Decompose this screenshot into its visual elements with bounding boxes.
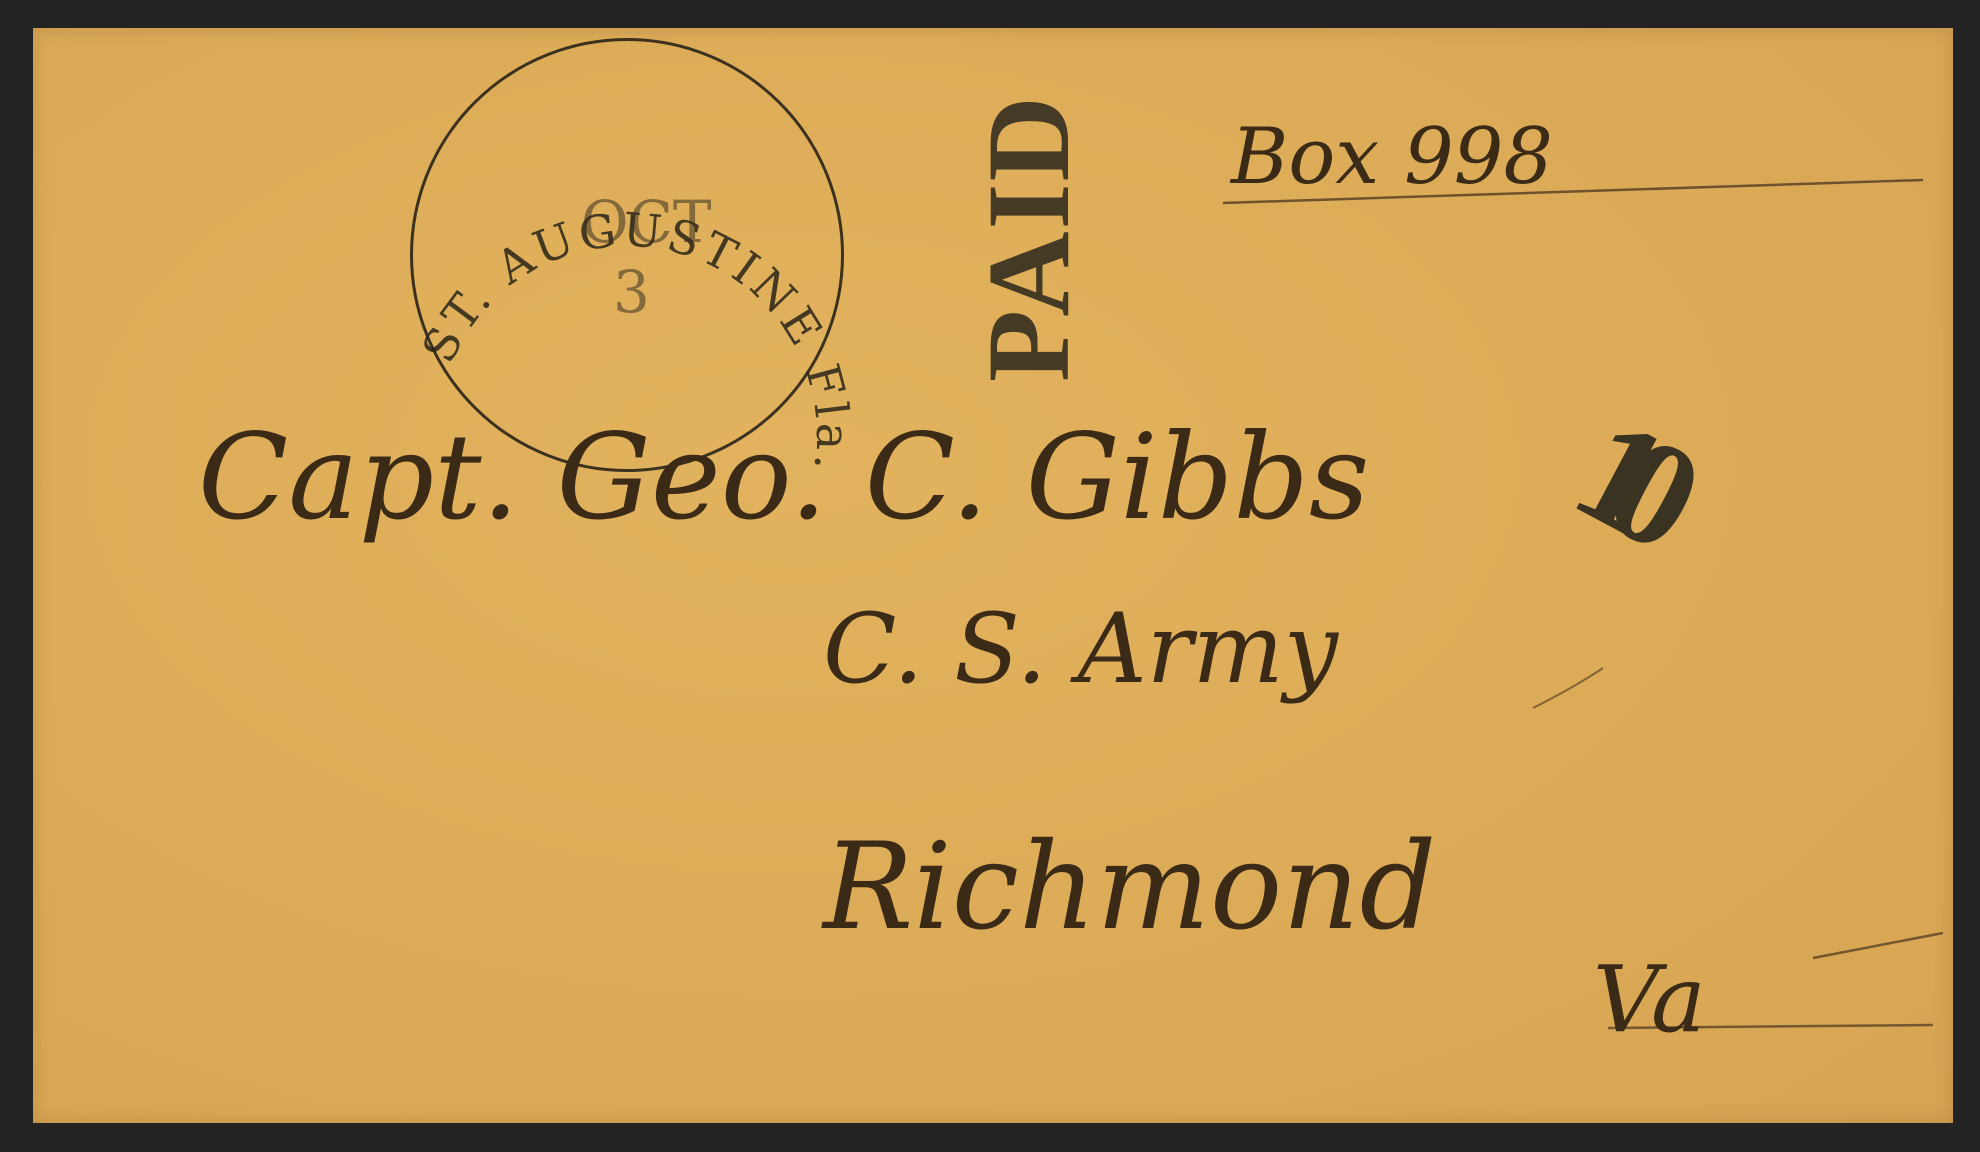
postmark-month: OCT: [581, 188, 712, 256]
paid-handstamp: PAID: [961, 94, 1097, 382]
box-number: Box 998: [1231, 112, 1553, 202]
addressee-unit: C. S. Army: [823, 593, 1338, 705]
envelope: ST. AUGUSTINE Fla. OCT 3 PAID 10 Box 998…: [33, 28, 1953, 1123]
address-state: Va: [1593, 946, 1706, 1053]
postmark-day: 3: [613, 258, 650, 326]
address-city: Richmond: [823, 818, 1436, 957]
addressee-name: Capt. Geo. C. Gibbs: [198, 408, 1369, 546]
